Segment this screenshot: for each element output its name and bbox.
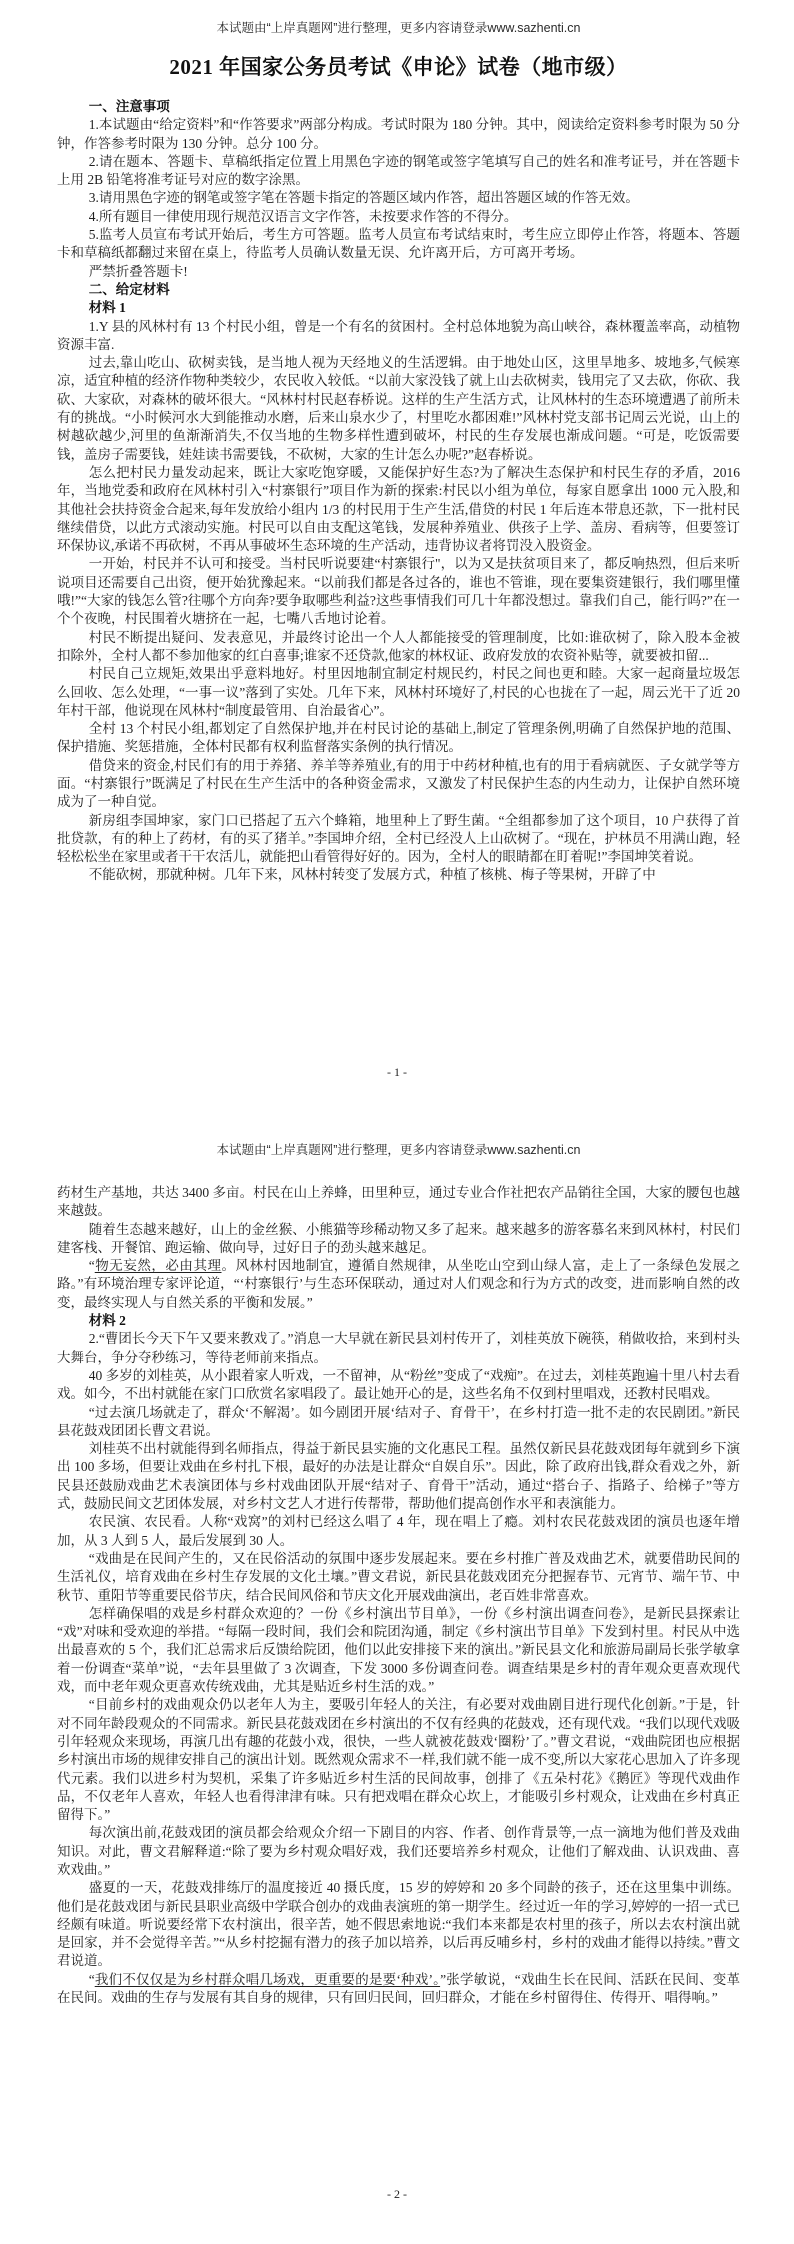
material-1-paragraph: 怎么把村民力量发动起来，既让大家吃饱穿暖，又能保护好生态?为了解决生态保护和村民… <box>57 464 740 555</box>
page-number-1: - 1 - <box>0 1065 794 1080</box>
material-1-paragraph: 不能砍树，那就种树。几年下来，风林村转变了发展方式，种植了核桃、梅子等果树，开辟… <box>57 866 740 884</box>
watermark-text: 本试题由“上岸真题网”进行整理，更多内容请登录www.sazhenti.cn <box>57 1142 740 1158</box>
page-2: 本试题由“上岸真题网”进行整理，更多内容请登录www.sazhenti.cn 药… <box>0 1122 794 2244</box>
notice-item-4: 4.所有题目一律使用现行规范汉语言文字作答，未按要求作答的不得分。 <box>57 208 740 226</box>
material-1-paragraph: 一开始，村民并不认可和接受。当村民听说要建“村寨银行"，以为又是扶贫项目来了，都… <box>57 555 740 628</box>
notice-item-1: 1.本试题由“给定资料”和“作答要求”两部分构成。考试时限为 180 分钟。其中… <box>57 116 740 153</box>
material-1-paragraph: 新房组李国坤家，家门口已搭起了五六个蜂箱，地里种上了野生菌。“全组都参加了这个项… <box>57 812 740 867</box>
exam-title: 2021 年国家公务员考试《申论》试卷（地市级） <box>57 54 740 80</box>
material-1-paragraph-with-underline: “物无妄然，必由其理。风林村因地制宜，遵循自然规律，从坐吃山空到山绿人富，走上了… <box>57 1257 740 1312</box>
page-number-2: - 2 - <box>0 2187 794 2202</box>
material-1-paragraph: 借贷来的资金,村民们有的用于养猪、养羊等养殖业,有的用于中药材种植,也有的用于看… <box>57 757 740 812</box>
section-heading-notes: 一、注意事项 <box>57 98 740 116</box>
underlined-phrase: 物无妄然，必由其理 <box>95 1258 222 1273</box>
material-1-heading: 材料 1 <box>57 299 740 317</box>
material-2-final-paragraph: “我们不仅仅是为乡村群众唱几场戏，更重要的是要‘种戏’。”张学敏说，“戏曲生长在… <box>57 1971 740 2008</box>
material-2-paragraph: “过去演几场就走了，群众‘不解渴’。如今剧团开展‘结对子、育骨干’，在乡村打造一… <box>57 1404 740 1441</box>
notice-item-5: 5.监考人员宣布考试开始后，考生方可答题。监考人员宣布考试结束时，考生应立即停止… <box>57 226 740 263</box>
material-2-paragraph: “目前乡村的戏曲观众仍以老年人为主，要吸引年轻人的关注，有必要对戏曲剧目进行现代… <box>57 1696 740 1824</box>
material-2-paragraph: 怎样确保唱的戏是乡村群众欢迎的？一份《乡村演出节目单》，一份《乡村演出调查问卷》… <box>57 1605 740 1696</box>
material-2-paragraph: 每次演出前,花鼓戏团的演员都会给观众介绍一下剧目的内容、作者、创作背景等,一点一… <box>57 1824 740 1879</box>
watermark-text: 本试题由“上岸真题网”进行整理，更多内容请登录www.sazhenti.cn <box>57 20 740 36</box>
material-2-paragraph: 40 多岁的刘桂英，从小跟着家人听戏，一不留神，从“粉丝”变成了“戏痴”。在过去… <box>57 1367 740 1404</box>
material-2-paragraph: 盛夏的一天，花鼓戏排练厅的温度接近 40 摄氏度，15 岁的婷婷和 20 多个同… <box>57 1879 740 1970</box>
material-1-paragraph: 1.Y 县的风林村有 13 个村民小组，曾是一个有名的贫困村。全村总体地貌为高山… <box>57 318 740 355</box>
material-1-paragraph: 过去,靠山吃山、砍树卖钱，是当地人视为天经地义的生活逻辑。由于地处山区，这里旱地… <box>57 354 740 464</box>
material-2-paragraph: 农民演、农民看。人称“戏窝”的刘村已经这么唱了 4 年，现在唱上了瘾。刘村农民花… <box>57 1513 740 1550</box>
material-1-paragraph: 随着生态越来越好，山上的金丝猴、小熊猫等珍稀动物又多了起来。越来越多的游客慕名来… <box>57 1221 740 1258</box>
notice-item-2: 2.请在题本、答题卡、草稿纸指定位置上用黑色字迹的钢笔或签字笔填写自己的姓名和准… <box>57 153 740 190</box>
material-1-paragraph: 村民不断提出疑问、发表意见，并最终讨论出一个人人都能接受的管理制度，比如:谁砍树… <box>57 629 740 666</box>
material-1-paragraph: 村民自己立规矩,效果出乎意料地好。村里因地制宜制定村规民约，村民之间也更和睦。大… <box>57 665 740 720</box>
notice-warning: 严禁折叠答题卡! <box>57 263 740 281</box>
material-2-paragraph: 刘桂英不出村就能得到名师指点，得益于新民县实施的文化惠民工程。虽然仅新民县花鼓戏… <box>57 1440 740 1513</box>
notice-item-3: 3.请用黑色字迹的钢笔或签字笔在答题卡指定的答题区域内作答，超出答题区域的作答无… <box>57 189 740 207</box>
material-2-heading: 材料 2 <box>57 1312 740 1330</box>
material-1-paragraph: 全村 13 个村民小组,都划定了自然保护地,并在村民讨论的基础上,制定了管理条例… <box>57 720 740 757</box>
underlined-phrase: 我们不仅仅是为乡村群众唱几场戏，更重要的是要‘种戏’。 <box>95 1972 440 1987</box>
section-heading-materials: 二、给定材料 <box>57 281 740 299</box>
material-2-paragraph: “戏曲是在民间产生的，又在民俗活动的氛围中逐步发展起来。要在乡村推广普及戏曲艺术… <box>57 1550 740 1605</box>
material-2-paragraph: 2.“曹团长今天下午又要来教戏了。”消息一大早就在新民县刘村传开了，刘桂英放下碗… <box>57 1330 740 1367</box>
material-1-paragraph-continued: 药材生产基地，共达 3400 多亩。村民在山上养蜂，田里种豆，通过专业合作社把农… <box>57 1184 740 1221</box>
page-1: 本试题由“上岸真题网”进行整理，更多内容请登录www.sazhenti.cn 2… <box>0 0 794 1122</box>
